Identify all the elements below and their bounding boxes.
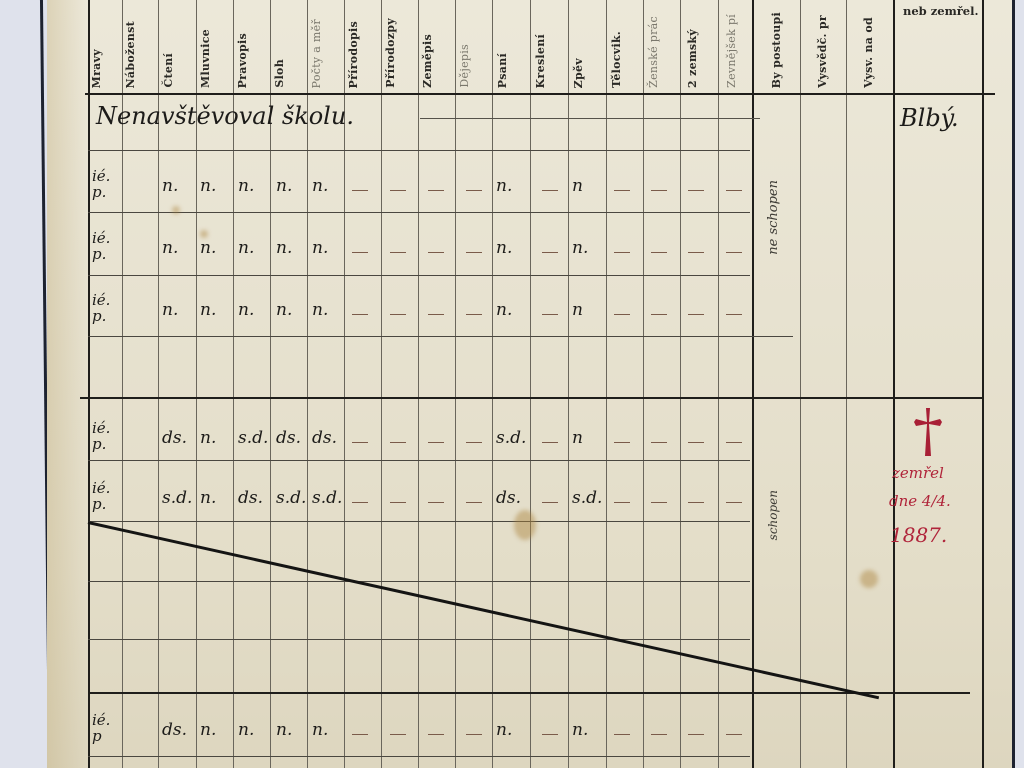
grade-psani: s.d. bbox=[496, 428, 526, 448]
column-rule bbox=[982, 0, 984, 768]
empty-grade-dash bbox=[614, 314, 630, 315]
stain bbox=[172, 206, 180, 214]
grade-entry: n. bbox=[238, 720, 254, 740]
column-header-cteni: Čtení bbox=[162, 53, 175, 88]
grade-kresleni-dash bbox=[542, 442, 558, 443]
empty-grade-dash bbox=[726, 734, 742, 735]
row-label: ié.p. bbox=[92, 292, 110, 324]
column-header-zenske_prace: Ženské prác bbox=[647, 16, 660, 88]
column-header-zpev: Zpěv bbox=[572, 58, 585, 88]
row-label: ié.p bbox=[92, 712, 110, 744]
grade-kresleni-dash bbox=[542, 734, 558, 735]
empty-grade-dash bbox=[614, 190, 630, 191]
grade-entry: n. bbox=[312, 720, 328, 740]
grade-entry: n. bbox=[200, 238, 216, 258]
empty-grade-dash bbox=[651, 502, 667, 503]
empty-grade-dash bbox=[428, 442, 444, 443]
grade-entry: n. bbox=[162, 300, 178, 320]
grade-zpev: n bbox=[572, 428, 583, 448]
death-note-line1: zemřel bbox=[892, 464, 944, 482]
column-header-sloh: Sloh bbox=[273, 59, 286, 88]
column-header-vysvedceni_odchod: Vysv. na od bbox=[862, 17, 875, 88]
stain bbox=[514, 510, 536, 540]
row-rule bbox=[88, 212, 750, 213]
grade-entry: ds. bbox=[238, 488, 263, 508]
empty-grade-dash bbox=[688, 190, 704, 191]
empty-grade-dash bbox=[390, 734, 406, 735]
empty-grade-dash bbox=[466, 314, 482, 315]
paper-edge-shade bbox=[47, 0, 87, 768]
row-rule bbox=[88, 756, 750, 757]
grade-entry: n. bbox=[312, 238, 328, 258]
grade-psani: n. bbox=[496, 720, 512, 740]
column-rule bbox=[718, 0, 719, 768]
frame-right-edge bbox=[1012, 0, 1015, 768]
empty-grade-dash bbox=[352, 442, 368, 443]
grade-entry: ds. bbox=[162, 720, 187, 740]
empty-grade-dash bbox=[352, 190, 368, 191]
row-rule bbox=[88, 521, 750, 522]
row-label: ié.p. bbox=[92, 480, 110, 512]
empty-grade-dash bbox=[651, 734, 667, 735]
student-divider bbox=[88, 692, 970, 694]
grade-entry: n. bbox=[200, 176, 216, 196]
empty-grade-dash bbox=[614, 442, 630, 443]
empty-grade-dash bbox=[428, 314, 444, 315]
row-label: ié.p. bbox=[92, 420, 110, 452]
capability-note: ne schopen bbox=[766, 180, 781, 255]
empty-grade-dash bbox=[390, 314, 406, 315]
column-header-pocty: Počty a měř bbox=[310, 19, 323, 88]
empty-grade-dash bbox=[614, 252, 630, 253]
row-rule bbox=[88, 150, 750, 151]
cross-icon bbox=[912, 406, 944, 458]
grade-entry: n. bbox=[312, 300, 328, 320]
empty-grade-dash bbox=[651, 190, 667, 191]
empty-grade-dash bbox=[352, 502, 368, 503]
column-header-telocvik: Tělocvik. bbox=[610, 31, 623, 88]
grade-psani: ds. bbox=[496, 488, 521, 508]
empty-grade-dash bbox=[428, 502, 444, 503]
column-header-kresleni: Kreslení bbox=[534, 34, 547, 88]
death-note-year: 1887. bbox=[890, 523, 947, 547]
grade-entry: s.d. bbox=[276, 488, 306, 508]
empty-grade-dash bbox=[352, 314, 368, 315]
empty-grade-dash bbox=[466, 502, 482, 503]
empty-grade-dash bbox=[466, 190, 482, 191]
grade-entry: n. bbox=[162, 176, 178, 196]
empty-grade-dash bbox=[651, 314, 667, 315]
row-label: ié.p. bbox=[92, 168, 110, 200]
grade-entry: n. bbox=[276, 176, 292, 196]
column-header-pravopis: Pravopis bbox=[236, 33, 249, 88]
not-attended-note: Nenavštěvoval školu. bbox=[96, 102, 354, 130]
capability-note: schopen bbox=[766, 490, 780, 540]
grade-entry: n. bbox=[276, 300, 292, 320]
grade-entry: ds. bbox=[162, 428, 187, 448]
grade-entry: s.d. bbox=[238, 428, 268, 448]
empty-grade-dash bbox=[651, 442, 667, 443]
column-header-vysvedceni: Vysvědč. pr bbox=[816, 15, 829, 88]
stain bbox=[860, 570, 878, 588]
column-header-zemsky2: 2 zemský bbox=[686, 29, 699, 88]
remark-blby: Blbý. bbox=[900, 104, 959, 132]
grade-psani: n. bbox=[496, 300, 512, 320]
grade-zpev: n bbox=[572, 176, 583, 196]
row-rule bbox=[88, 581, 750, 582]
empty-grade-dash bbox=[688, 252, 704, 253]
empty-grade-dash bbox=[614, 502, 630, 503]
grade-entry: n. bbox=[238, 238, 254, 258]
column-rule bbox=[752, 0, 754, 768]
grade-zpev: s.d. bbox=[572, 488, 602, 508]
grade-entry: s.d. bbox=[312, 488, 342, 508]
column-header-psani: Psaní bbox=[496, 53, 509, 88]
column-header-mluvnice: Mluvnice bbox=[199, 29, 212, 88]
grade-entry: n. bbox=[200, 300, 216, 320]
column-rule bbox=[381, 0, 382, 768]
column-header-postoupil: By postoupi bbox=[770, 12, 783, 88]
column-rule bbox=[568, 0, 569, 768]
empty-grade-dash bbox=[390, 252, 406, 253]
note-underline bbox=[420, 118, 760, 119]
empty-grade-dash bbox=[688, 502, 704, 503]
grade-zpev: n. bbox=[572, 720, 588, 740]
grade-entry: n. bbox=[276, 238, 292, 258]
row-label: ié.p. bbox=[92, 230, 110, 262]
death-note-line2: dne 4/4. bbox=[889, 492, 951, 510]
empty-grade-dash bbox=[352, 734, 368, 735]
row-rule bbox=[88, 275, 750, 276]
column-rule bbox=[606, 0, 607, 768]
column-rule bbox=[893, 0, 895, 768]
header-died-label: neb zemřel. bbox=[903, 4, 979, 18]
column-rule bbox=[88, 0, 90, 768]
column-rule bbox=[643, 0, 644, 768]
grade-entry: s.d. bbox=[162, 488, 192, 508]
row-rule bbox=[88, 460, 750, 461]
header-bottom-rule bbox=[85, 93, 995, 95]
empty-grade-dash bbox=[726, 442, 742, 443]
empty-grade-dash bbox=[466, 252, 482, 253]
column-rule bbox=[800, 0, 801, 768]
grade-entry: n. bbox=[238, 300, 254, 320]
row-rule bbox=[88, 639, 750, 640]
column-header-zevnejsek: Zevnějšek pí bbox=[725, 14, 738, 88]
empty-grade-dash bbox=[390, 502, 406, 503]
empty-grade-dash bbox=[651, 252, 667, 253]
grade-entry: ds. bbox=[312, 428, 337, 448]
grade-entry: n. bbox=[162, 238, 178, 258]
empty-grade-dash bbox=[466, 442, 482, 443]
grade-entry: n. bbox=[312, 176, 328, 196]
column-header-dejepis: Dějepis bbox=[458, 44, 471, 88]
grade-entry: ds. bbox=[276, 428, 301, 448]
row-rule bbox=[88, 336, 793, 337]
grade-psani: n. bbox=[496, 176, 512, 196]
empty-grade-dash bbox=[614, 734, 630, 735]
column-header-prirodopis: Přírodopis bbox=[347, 21, 360, 88]
empty-grade-dash bbox=[726, 502, 742, 503]
grade-zpev: n. bbox=[572, 238, 588, 258]
column-rule bbox=[455, 0, 456, 768]
empty-grade-dash bbox=[688, 734, 704, 735]
column-rule bbox=[492, 0, 493, 768]
empty-grade-dash bbox=[352, 252, 368, 253]
grade-zpev: n bbox=[572, 300, 583, 320]
empty-grade-dash bbox=[428, 734, 444, 735]
stain bbox=[200, 230, 208, 238]
empty-grade-dash bbox=[428, 252, 444, 253]
empty-grade-dash bbox=[688, 442, 704, 443]
column-rule bbox=[418, 0, 419, 768]
column-header-nabozenstvi: Náboženst bbox=[124, 21, 137, 88]
empty-grade-dash bbox=[726, 190, 742, 191]
empty-grade-dash bbox=[390, 442, 406, 443]
empty-grade-dash bbox=[688, 314, 704, 315]
grade-kresleni-dash bbox=[542, 502, 558, 503]
grade-kresleni-dash bbox=[542, 314, 558, 315]
column-header-mravy: Mravy bbox=[90, 49, 103, 88]
grade-entry: n. bbox=[238, 176, 254, 196]
empty-grade-dash bbox=[466, 734, 482, 735]
empty-grade-dash bbox=[726, 314, 742, 315]
empty-grade-dash bbox=[428, 190, 444, 191]
grade-kresleni-dash bbox=[542, 252, 558, 253]
grade-entry: n. bbox=[200, 488, 216, 508]
grade-psani: n. bbox=[496, 238, 512, 258]
column-rule bbox=[846, 0, 847, 768]
grade-kresleni-dash bbox=[542, 190, 558, 191]
column-header-zemepis: Zeměpis bbox=[421, 34, 434, 88]
student-divider bbox=[80, 397, 982, 399]
column-header-prirodozpyt: Přírodozpy bbox=[384, 18, 397, 88]
column-rule bbox=[530, 0, 531, 768]
empty-grade-dash bbox=[390, 190, 406, 191]
empty-grade-dash bbox=[726, 252, 742, 253]
grade-entry: n. bbox=[276, 720, 292, 740]
grade-entry: n. bbox=[200, 428, 216, 448]
grade-entry: n. bbox=[200, 720, 216, 740]
